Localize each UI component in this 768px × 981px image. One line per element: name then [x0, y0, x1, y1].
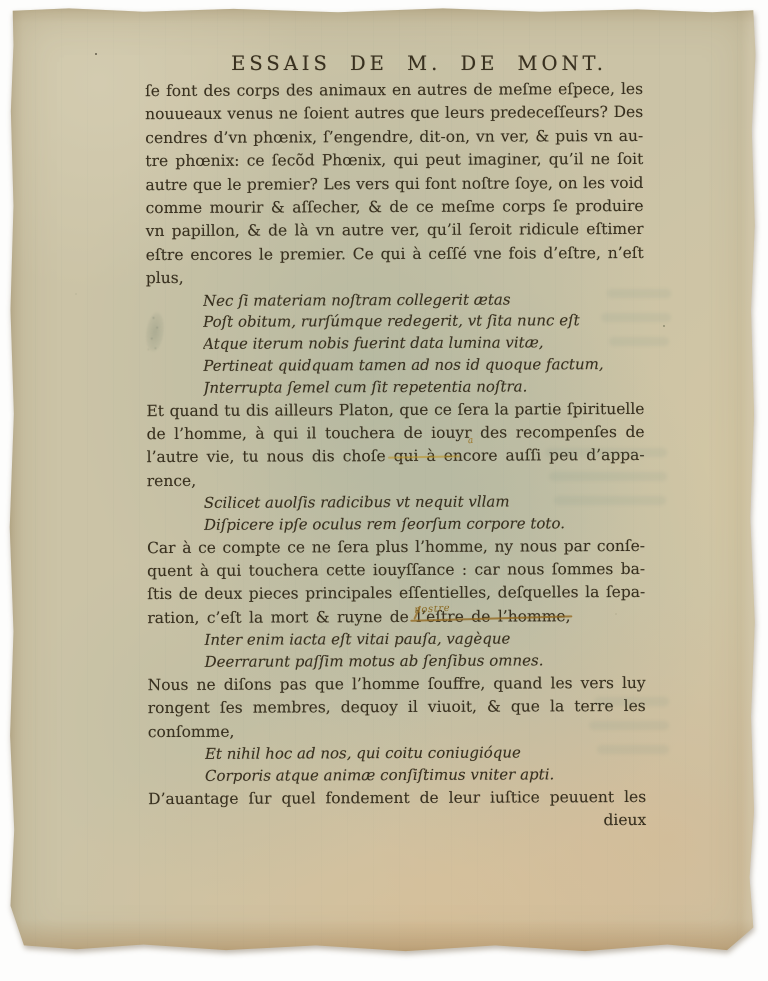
verse-line: Atque iterum nobis fuerint data lumina v… [203, 332, 644, 356]
text-line: eſtre encores le premier. Ce qui à ceſſé… [146, 242, 644, 268]
verse-line: Poſt obitum, rurſúmque redegerit, vt ſit… [203, 310, 644, 334]
text-line: Car à ce compte ce ne ſera plus l’homme,… [147, 535, 645, 561]
text-line: conſomme, [148, 719, 646, 745]
text-line: ration, c’eſt la mort & ruyne de l’eſtre… [147, 605, 645, 631]
text-line: nouueaux venus ne ſoient autres que leur… [145, 101, 643, 127]
verse-line: Et nihil hoc ad nos, qui coitu coniugióq… [205, 742, 646, 766]
verse-line: Nec ſi materiam noſtram collegerit ætas [203, 288, 644, 312]
verse-line: Inter enim iacta eſt vitai pauſa, vagèqu… [204, 628, 645, 652]
verse-block: Scilicet auolſis radicibus vt nequit vll… [204, 491, 645, 537]
paragraph-block: Car à ce compte ce ne ſera plus l’homme,… [147, 535, 645, 631]
verse-line: Scilicet auolſis radicibus vt nequit vll… [204, 491, 645, 515]
text-line: vn papillon, & de là vn autre ver, qu’il… [146, 218, 644, 244]
verse-line: Corporis atque animæ conſiſtimus vniter … [205, 764, 646, 788]
text-line: autre que le premier? Les vers qui font … [145, 171, 643, 197]
verse-block: Inter enim iacta eſt vitai pauſa, vagèqu… [204, 628, 645, 674]
book-page-paper: ESSAIS DE M. DE MONT. ſe font des corps … [9, 7, 757, 953]
handwritten-note: nostre [414, 605, 451, 622]
paragraph-block: Nous ne diſons pas que l’homme ſouffre, … [148, 672, 646, 744]
text-line: de l’homme, à qui il touchera de iouyr d… [146, 421, 644, 447]
text-line: ſe font des corps des animaux en autres … [145, 78, 643, 104]
paragraph-block: D’auantage ſur quel fondement de leur iu… [148, 785, 646, 834]
text-line: plus, [146, 265, 644, 291]
text-flow: ſe font des corps des animaux en autres … [145, 78, 646, 835]
struck-text: l’eſtre de l’homme,nostre [416, 607, 570, 626]
scan-background: ESSAIS DE M. DE MONT. ſe font des corps … [0, 0, 768, 981]
line-text: ration, c’eſt la mort & ruyne de [147, 608, 416, 627]
text-line: rence, [147, 468, 645, 494]
text-line: D’auantage ſur quel fondement de leur iu… [148, 785, 646, 811]
text-line: Nous ne diſons pas que l’homme ſouffre, … [148, 672, 646, 698]
text-line: comme mourir & aſſecher, & de ce meſme c… [146, 195, 644, 221]
verse-line: Diſpicere ipſe oculus rem ſeorſum corpor… [204, 513, 645, 537]
text-line: Et quand tu dis ailleurs Platon, que ce … [146, 397, 644, 423]
paragraph-block: Et quand tu dis ailleurs Platon, que ce … [146, 397, 644, 493]
verse-block: Nec ſi materiam noſtram collegerit ætasP… [203, 288, 644, 399]
text-line: rongent ſes membres, dequoy il viuoit, &… [148, 695, 646, 721]
text-line: l’autre vie, tu nous dis choſe qui à enc… [147, 444, 645, 470]
verse-line: Deerrarunt paſſim motus ab ſenſibus omne… [204, 650, 645, 674]
text-line: cendres d’vn phœnix, ſ’engendre, dit-on,… [145, 125, 643, 151]
paragraph-block: ſe font des corps des animaux en autres … [145, 78, 644, 291]
verse-block: Et nihil hoc ad nos, qui coitu coniugióq… [205, 742, 646, 788]
text-line: tre phœnix: ce ſecõd Phœnix, qui peut im… [145, 148, 643, 174]
verse-line: Jnterrupta ſemel cum ſit repetentia noſt… [203, 376, 644, 400]
text-line: quent à qui touchera cette iouyſſance : … [147, 558, 645, 584]
text-line: ſtis de deux pieces principales eſſentie… [147, 581, 645, 607]
verse-line: Pertineat quidquam tamen ad nos id quoqu… [203, 354, 644, 378]
running-header: ESSAIS DE M. DE MONT. [170, 52, 668, 75]
dust-specks [95, 53, 97, 55]
text-line: dieux [148, 809, 646, 835]
scanned-book-page: { "page": { "header": "ESSAIS DE M. DE M… [0, 0, 768, 981]
